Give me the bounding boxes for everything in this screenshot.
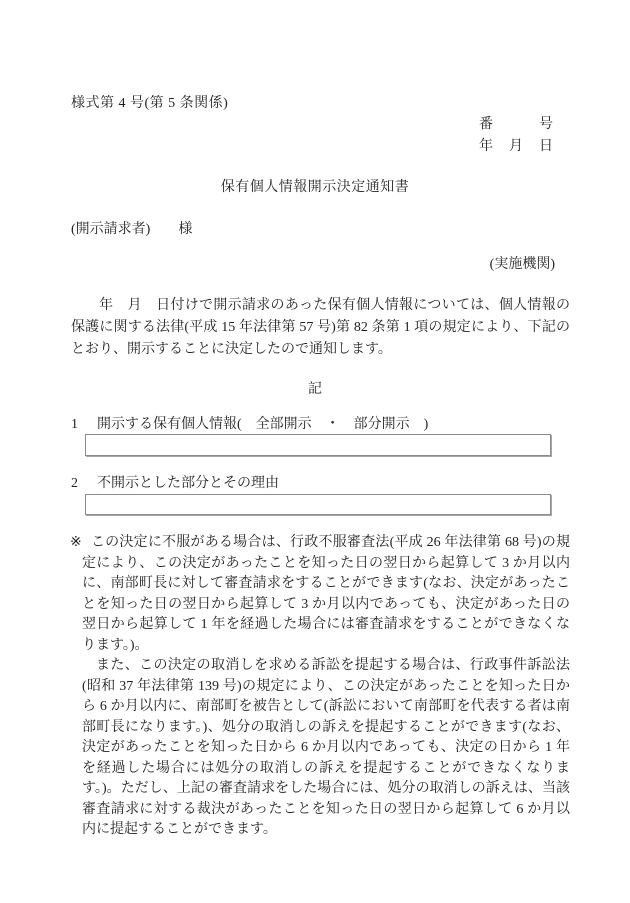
item-1-number: 1 [71,417,97,433]
item-2-number: 2 [71,476,97,492]
item-1-heading: 1開示する保有個人情報( 全部開示 ・ 部分開示 ) [71,413,428,433]
note-marker: ※ [70,535,82,550]
record-separator: 記 [0,378,630,398]
appeal-note-paragraph-1: ※この決定に不服がある場合は、行政不服審査法(平成 26 年法律第 68 号)の… [70,533,570,656]
item-1-entry-box [85,434,551,456]
addressee-line: (開示請求者) 様 [71,218,192,238]
item-2-heading: 2不開示とした部分とその理由 [71,472,279,492]
form-number-label: 様式第 4 号(第 5 条関係) [71,95,228,113]
item-2-entry-box [85,494,551,515]
item-1-label: 開示する保有個人情報( 全部開示 ・ 部分開示 ) [97,417,428,432]
appeal-note-text-1: この決定に不服がある場合は、行政不服審査法(平成 26 年法律第 68 号)の規… [82,535,570,653]
appeal-note-paragraph-2: また、この決定の取消しを求める訴訟を提起する場合は、行政事件訴訟法(昭和 37 … [70,656,570,841]
appeal-note-block: ※この決定に不服がある場合は、行政不服審査法(平成 26 年法律第 68 号)の… [70,533,570,841]
document-date-line: 年 月 日 [479,138,554,156]
item-2-label: 不開示とした部分とその理由 [97,476,279,491]
notification-body-paragraph: 年 月 日付けで開示請求のあった保有個人情報については、個人情報の保護に関する法… [71,295,570,361]
document-number-line: 番 号 [479,116,554,134]
issuer-line: (実施機関) [490,253,555,273]
document-page: 様式第 4 号(第 5 条関係) 番 号 年 月 日 保有個人情報開示決定通知書… [0,0,630,903]
page-title: 保有個人情報開示決定通知書 [0,176,630,196]
